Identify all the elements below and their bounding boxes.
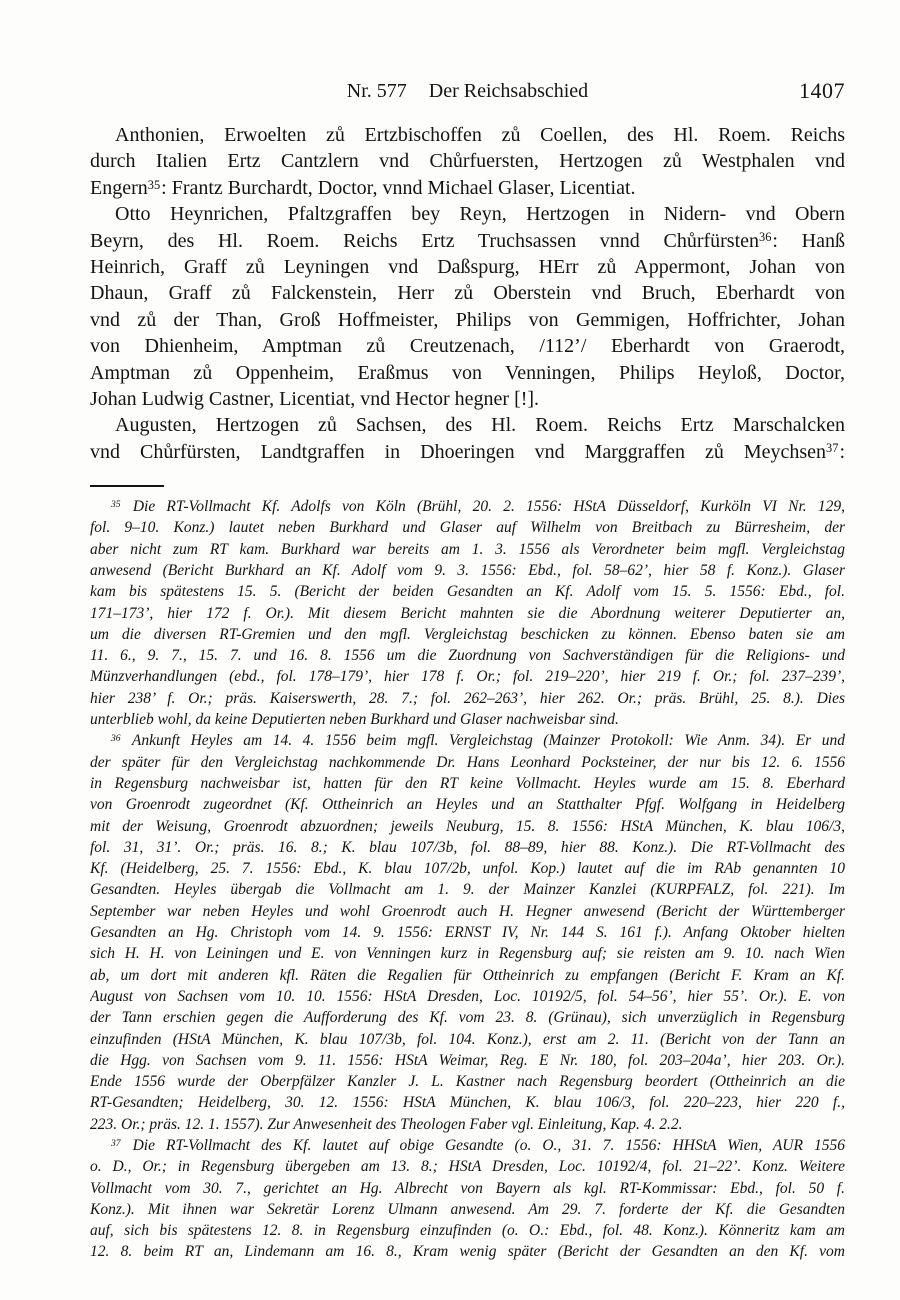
- text-line: fol. 31, 31’. Or.; präs. 16. 8.; K. blau…: [90, 837, 845, 858]
- footnote-separator-rule: [90, 485, 164, 487]
- text-line: einzufinden (HStA München, K. blau 107/3…: [90, 1029, 845, 1050]
- text-line: aber nicht zum RT kam. Burkhard war bere…: [90, 539, 845, 560]
- footnote-marker: 37: [826, 441, 838, 455]
- text-line: Gesandten an Hg. Christoph vom 14. 9. 15…: [90, 922, 845, 943]
- text-line: die Hgg. von Sachsen vom 9. 11. 1556: HS…: [90, 1050, 845, 1071]
- footnote: 36 Ankunft Heyles am 14. 4. 1556 beim mg…: [90, 730, 845, 1135]
- text-line: sich H. H. von Leiningen und E. von Venn…: [90, 943, 845, 964]
- footnotes-block: 35 Die RT-Vollmacht Kf. Adolfs von Köln …: [90, 496, 845, 1263]
- footnote-marker: 35: [111, 499, 121, 510]
- text-line: Vollmacht vom 30. 7., gerichtet an Hg. A…: [90, 1178, 845, 1199]
- text-line: Gesandten. Heyles übergab die Vollmacht …: [90, 879, 845, 900]
- text-line: von Dhienheim, Amptman zů Creutzenach, /…: [90, 333, 845, 359]
- text-line: 11. 6., 9. 7., 15. 7. und 16. 8. 1556 um…: [90, 645, 845, 666]
- text-line: Augusten, Hertzogen zů Sachsen, des Hl. …: [90, 412, 845, 438]
- text-line: 171–173’, hier 172 f. Or.). Mit diesem B…: [90, 603, 845, 624]
- text-line: Beyrn, des Hl. Roem. Reichs Ertz Truchsa…: [90, 228, 845, 254]
- paragraph: Otto Heynrichen, Pfaltzgraffen bey Reyn,…: [90, 201, 845, 412]
- text-line: ab, um dort mit anderen kfl. Räten die R…: [90, 965, 845, 986]
- page-number: 1407: [799, 78, 845, 104]
- text-line: Ende 1556 wurde der Oberpfälzer Kanzler …: [90, 1071, 845, 1092]
- text-line: Heinrich, Graff zů Leyningen vnd Daßspur…: [90, 254, 845, 280]
- text-line: von Groenrodt zugeordnet (Kf. Ottheinric…: [90, 794, 845, 815]
- main-text-block: Anthonien, Erwoelten zů Ertzbischoffen z…: [90, 122, 845, 465]
- footnote: 35 Die RT-Vollmacht Kf. Adolfs von Köln …: [90, 496, 845, 730]
- text-line: Konz.). Mit ihnen war Sekretär Lorenz Ul…: [90, 1199, 845, 1220]
- footnote: 37 Die RT-Vollmacht des Kf. lautet auf o…: [90, 1135, 845, 1263]
- text-line: Anthonien, Erwoelten zů Ertzbischoffen z…: [90, 122, 845, 148]
- text-line: 35 Die RT-Vollmacht Kf. Adolfs von Köln …: [90, 496, 845, 517]
- running-header: Nr. 577Der Reichsabschied 1407: [90, 80, 845, 106]
- text-line: Kf. (Heidelberg, 25. 7. 1556: Ebd., K. b…: [90, 858, 845, 879]
- book-page: Nr. 577Der Reichsabschied 1407 Anthonien…: [0, 0, 900, 1300]
- text-line: der später für den Vergleichstag nachkom…: [90, 752, 845, 773]
- text-line: Johan Ludwig Castner, Licentiat, vnd Hec…: [90, 386, 845, 412]
- text-line: September war neben Heyles und wohl Groe…: [90, 901, 845, 922]
- text-line: der Tann erschien gegen die Aufforderung…: [90, 1007, 845, 1028]
- footnote-marker: 36: [111, 733, 121, 744]
- text-line: Amptman zů Oppenheim, Eraßmus von Vennin…: [90, 360, 845, 386]
- text-line: in Regensburg nachweisbar ist, hatten fü…: [90, 773, 845, 794]
- text-line: August von Sachsen vom 10. 10. 1556: HSt…: [90, 986, 845, 1007]
- text-line: o. D., Or.; in Regensburg übergeben am 1…: [90, 1156, 845, 1177]
- paragraph: Anthonien, Erwoelten zů Ertzbischoffen z…: [90, 122, 845, 201]
- footnote-marker: 35: [148, 178, 160, 192]
- text-line: Otto Heynrichen, Pfaltzgraffen bey Reyn,…: [90, 201, 845, 227]
- text-line: auf, sich bis spätestens 12. 8. in Regen…: [90, 1220, 845, 1241]
- text-line: fol. 9–10. Konz.) lautet neben Burkhard …: [90, 517, 845, 538]
- text-line: 36 Ankunft Heyles am 14. 4. 1556 beim mg…: [90, 730, 845, 751]
- text-line: durch Italien Ertz Cantzlern vnd Chůrfue…: [90, 148, 845, 174]
- text-line: anwesend (Bericht Burkhard an Kf. Adolf …: [90, 560, 845, 581]
- text-line: hier 238’ f. Or.; präs. Kaiserswerth, 28…: [90, 688, 845, 709]
- document-title: Der Reichsabschied: [429, 80, 588, 102]
- text-line: vnd Chůrfürsten, Landtgraffen in Dhoerin…: [90, 439, 845, 465]
- text-line: mit der Weisung, Groenrodt abzuordnen; j…: [90, 816, 845, 837]
- text-line: unterblieb wohl, da keine Deputierten ne…: [90, 709, 845, 730]
- footnote-marker: 37: [111, 1138, 121, 1149]
- text-line: kam bis spätestens 15. 5. (Bericht der b…: [90, 581, 845, 602]
- text-line: 223. Or.; präs. 12. 1. 1557). Zur Anwese…: [90, 1114, 845, 1135]
- text-line: vnd zů der Than, Groß Hoffmeister, Phili…: [90, 307, 845, 333]
- text-line: um die diversen RT-Gremien und den mgfl.…: [90, 624, 845, 645]
- running-title: Nr. 577Der Reichsabschied: [90, 80, 845, 103]
- footnote-marker: 36: [759, 230, 771, 244]
- document-number: Nr. 577: [347, 80, 407, 102]
- text-line: Dhaun, Graff zů Falckenstein, Herr zů Ob…: [90, 280, 845, 306]
- text-line: 12. 8. beim RT an, Lindemann am 16. 8., …: [90, 1241, 845, 1262]
- text-line: RT-Gesandten; Heidelberg, 30. 12. 1556: …: [90, 1092, 845, 1113]
- paragraph: Augusten, Hertzogen zů Sachsen, des Hl. …: [90, 412, 845, 465]
- text-line: Münzverhandlungen (ebd., fol. 178–179’, …: [90, 666, 845, 687]
- text-line: 37 Die RT-Vollmacht des Kf. lautet auf o…: [90, 1135, 845, 1156]
- text-line: Engern35: Frantz Burchardt, Doctor, vnnd…: [90, 175, 845, 201]
